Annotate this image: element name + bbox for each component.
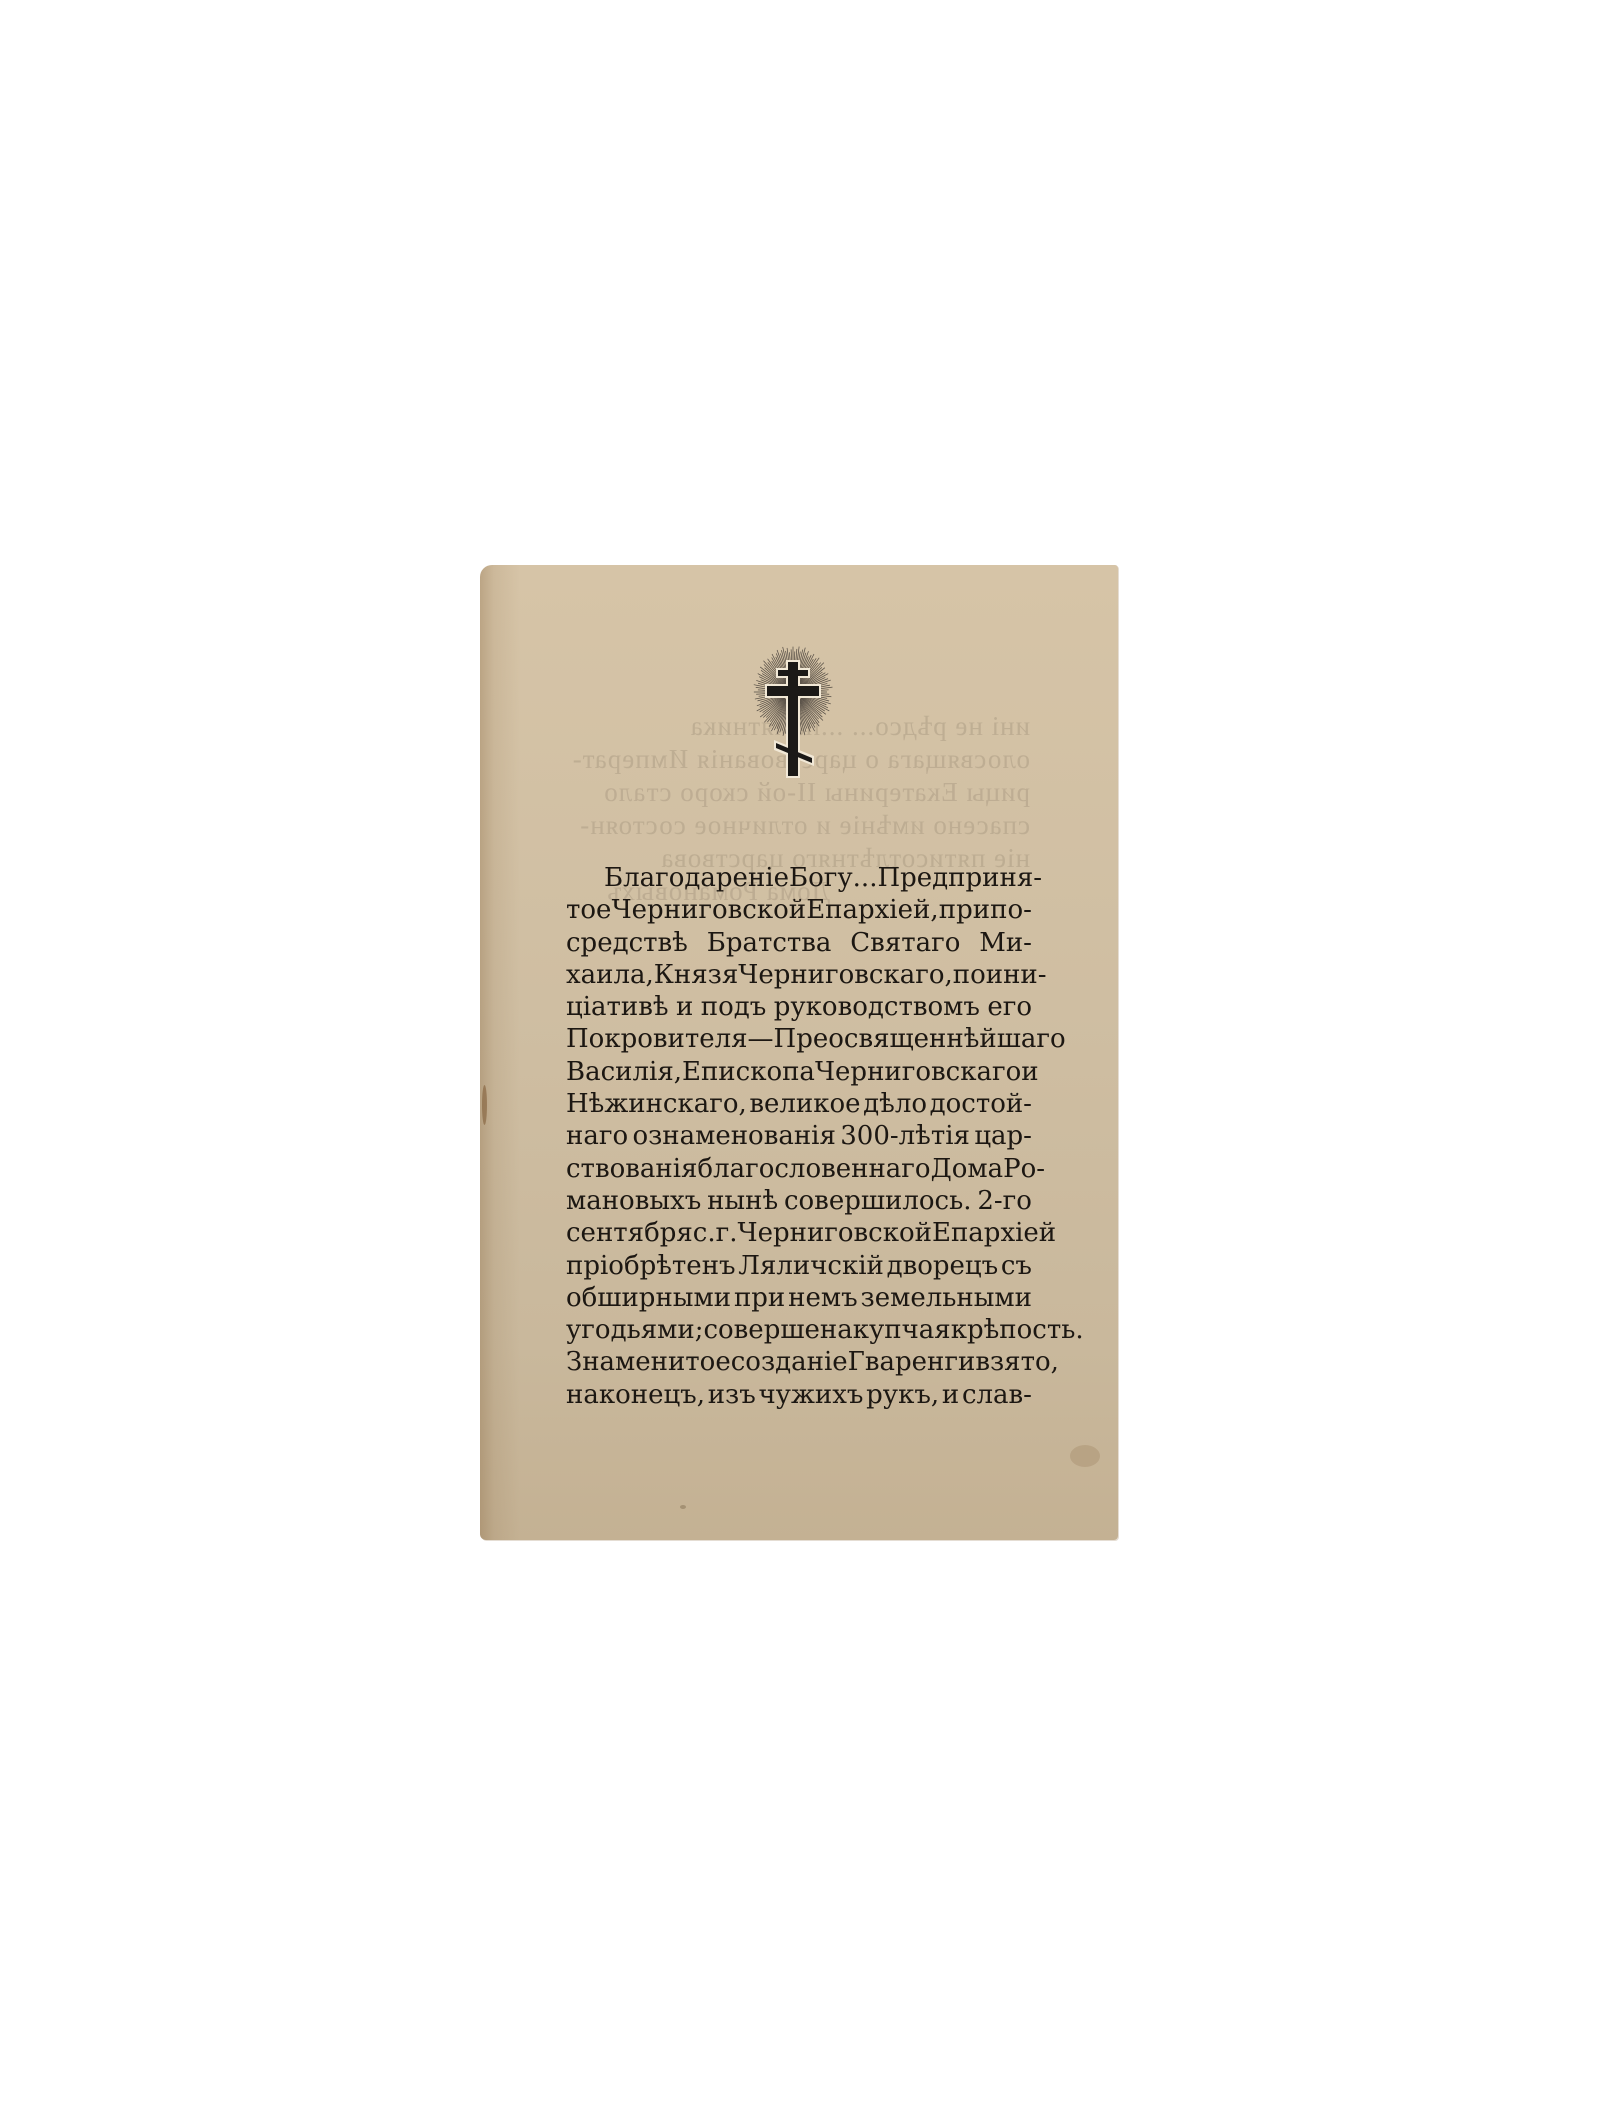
word: Черниговской — [737, 1217, 932, 1249]
text-line: Покровителя — Преосвященнѣйшаго — [566, 1023, 1032, 1055]
word: средствѣ — [566, 927, 688, 959]
word: Гваренги — [848, 1346, 976, 1378]
word: чужихъ — [758, 1379, 863, 1411]
bleed-line: рицы Екатерины II-ой скоро стало — [590, 776, 1030, 809]
word: угодьями; — [566, 1314, 703, 1346]
word: Знаменитое — [566, 1346, 731, 1378]
text-line: Знаменитое созданіе Гваренги взято, — [566, 1346, 1032, 1378]
word: Богу... — [789, 862, 877, 894]
word: съ — [1001, 1250, 1032, 1282]
word: при — [939, 894, 990, 926]
word: совершилось. — [784, 1185, 972, 1217]
word: Василія, — [566, 1056, 682, 1088]
word: цар- — [974, 1120, 1032, 1152]
word: пріобрѣтенъ — [566, 1250, 736, 1282]
text-line: ствованія благословеннаго Дома Ро- — [566, 1153, 1032, 1185]
word: и — [1021, 1056, 1038, 1088]
word: нынѣ — [707, 1185, 778, 1217]
word: дворецъ — [887, 1250, 999, 1282]
word: при — [734, 1282, 785, 1314]
word: мановыхъ — [566, 1185, 701, 1217]
word: взято, — [975, 1346, 1059, 1378]
word: руководствомъ — [774, 991, 980, 1023]
paper-spot — [1070, 1445, 1100, 1467]
word: Епископа — [682, 1056, 815, 1088]
word: Благодареніе — [604, 862, 789, 894]
word: его — [987, 991, 1032, 1023]
word: 2-го — [977, 1185, 1032, 1217]
word: изъ — [708, 1379, 756, 1411]
word: ціативѣ — [566, 991, 669, 1023]
word: совершена — [703, 1314, 852, 1346]
text-line: мановыхъ нынѣ совершилось. 2-го — [566, 1185, 1032, 1217]
text-line: обширными при немъ земельными — [566, 1282, 1032, 1314]
word: по — [953, 959, 986, 991]
word: наконецъ, — [566, 1379, 705, 1411]
word: Покровителя — [566, 1023, 748, 1055]
word: Дома — [931, 1153, 1004, 1185]
word: созданіе — [731, 1346, 848, 1378]
paragraph: Благодареніе Богу... Предприня- тое Черн… — [566, 862, 1032, 1411]
word: обширными — [566, 1282, 731, 1314]
text-line: средствѣ Братства Святаго Ми- — [566, 927, 1032, 959]
word: — — [748, 1023, 774, 1055]
text-line: Василія, Епископа Черниговскаго и — [566, 1056, 1032, 1088]
edge-stain — [482, 1085, 487, 1125]
bleed-line: спасено имѣніе и отличное состоян- — [590, 809, 1030, 842]
word: по- — [990, 894, 1032, 926]
word: г. — [716, 1217, 738, 1249]
word: благословеннаго — [697, 1153, 930, 1185]
word: Преосвященнѣйшаго — [774, 1023, 1066, 1055]
word: Черниговской — [612, 894, 807, 926]
word: с. — [693, 1217, 716, 1249]
word: дѣло — [863, 1088, 927, 1120]
word: Князя — [654, 959, 738, 991]
text-line: пріобрѣтенъ Ляличскій дворецъ съ — [566, 1250, 1032, 1282]
word: слав- — [962, 1379, 1032, 1411]
word: хаила, — [566, 959, 654, 991]
word: Черниговскаго, — [738, 959, 953, 991]
text-line: тое Черниговской Епархіей, при по- — [566, 894, 1032, 926]
word: купчая — [853, 1314, 951, 1346]
word: немъ — [788, 1282, 857, 1314]
word: Святаго — [850, 927, 960, 959]
text-line: наго ознаменованія 300-лѣтія цар- — [566, 1120, 1032, 1152]
word: 300-лѣтія — [840, 1120, 970, 1152]
word: Ро- — [1003, 1153, 1045, 1185]
word: ствованія — [566, 1153, 697, 1185]
word: Нѣжинскаго, — [566, 1088, 747, 1120]
word: Предприня- — [877, 862, 1042, 894]
word: рукъ, — [866, 1379, 939, 1411]
word: крѣпость. — [951, 1314, 1084, 1346]
text-line: Нѣжинскаго, великое дѣло достой- — [566, 1088, 1032, 1120]
word: Епархіей — [932, 1217, 1056, 1249]
orthodox-cross-with-rays-icon — [748, 640, 840, 780]
word: земельными — [861, 1282, 1032, 1314]
word: ознаменованія — [632, 1120, 835, 1152]
word: достой- — [930, 1088, 1032, 1120]
word: Братства — [707, 927, 832, 959]
word: Ми- — [979, 927, 1032, 959]
text-line: ціативѣ и подъ руководствомъ его — [566, 991, 1032, 1023]
word: и — [676, 991, 693, 1023]
text-line: хаила, Князя Черниговскаго, по ини- — [566, 959, 1032, 991]
word: тое — [566, 894, 611, 926]
word: Черниговскаго — [815, 1056, 1021, 1088]
word: сентября — [566, 1217, 693, 1249]
word: ини- — [986, 959, 1047, 991]
text-line: сентября с. г. Черниговской Епархіей — [566, 1217, 1032, 1249]
word: Епархіей, — [806, 894, 938, 926]
paper-spot — [680, 1505, 686, 1509]
word: и — [942, 1379, 959, 1411]
word: Ляличскій — [738, 1250, 884, 1282]
text-line: Благодареніе Богу... Предприня- — [566, 862, 1032, 894]
word: великое — [749, 1088, 860, 1120]
text-line: наконецъ, изъ чужихъ рукъ, и слав- — [566, 1379, 1032, 1411]
word: подъ — [701, 991, 767, 1023]
text-line: угодьями; совершена купчая крѣпость. — [566, 1314, 1032, 1346]
word: наго — [566, 1120, 628, 1152]
